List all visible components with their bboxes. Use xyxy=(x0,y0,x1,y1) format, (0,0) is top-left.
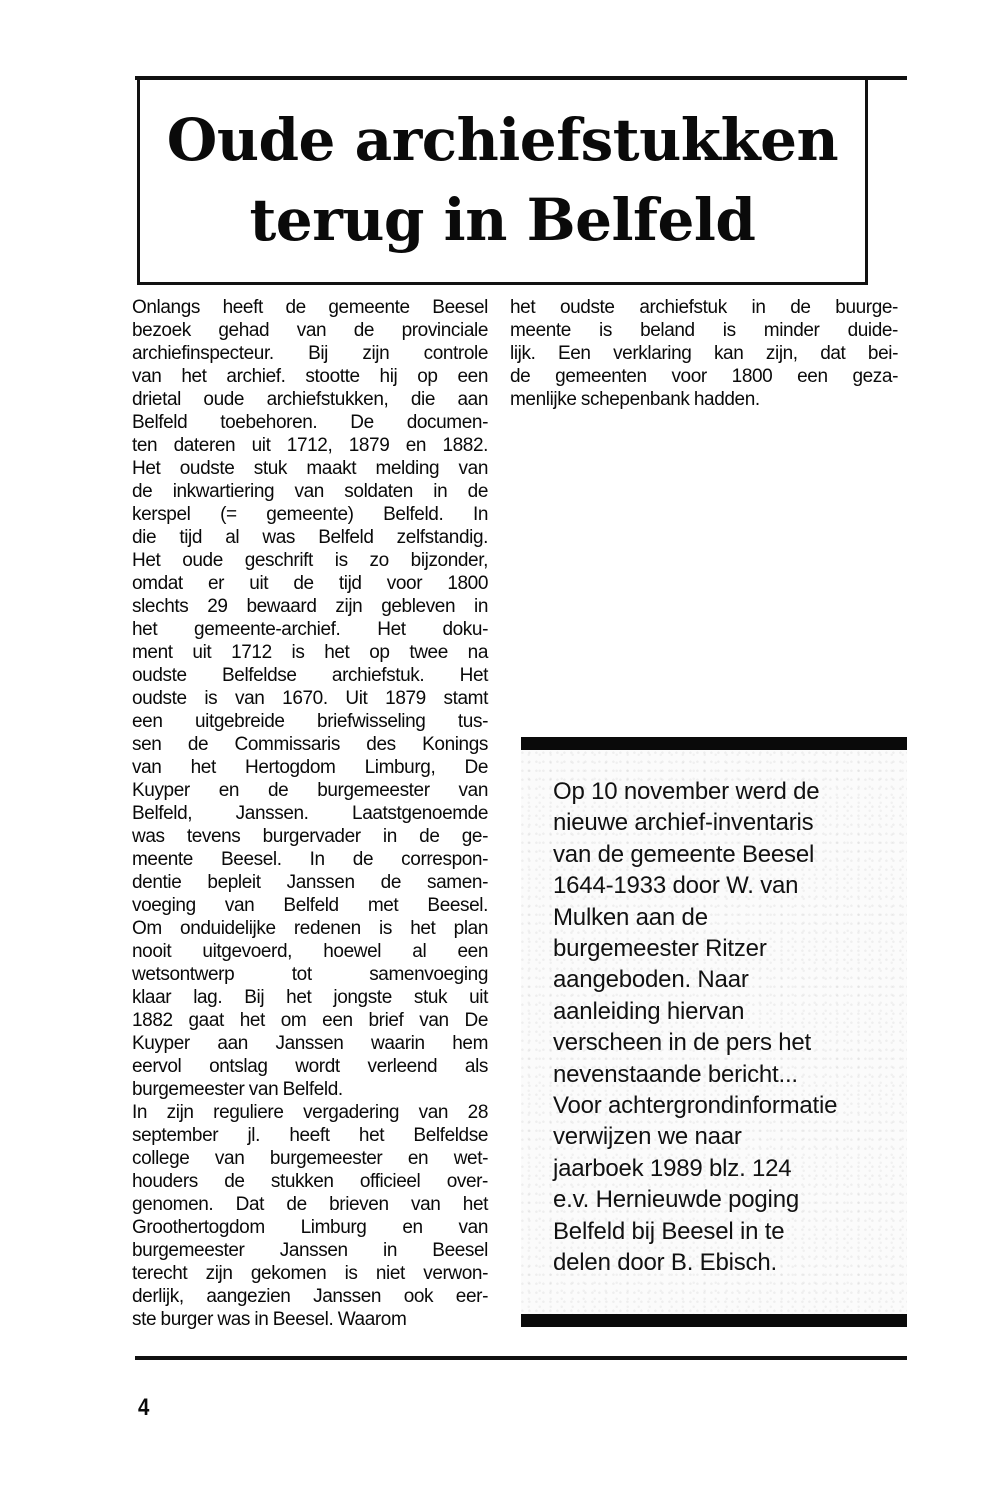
headline-line-1: Oude archiefstukken xyxy=(140,100,865,180)
text-line: van het archief. stootte hij op een xyxy=(132,365,488,388)
text-line: terecht zijn gekomen is niet verwon- xyxy=(132,1262,488,1285)
text-line: Onlangs heeft de gemeente Beesel xyxy=(132,296,488,319)
text-line: dentie bepleit Janssen de samen- xyxy=(132,871,488,894)
text-line: Voor achtergrondinformatie xyxy=(553,1090,893,1121)
text-line: bezoek gehad van de provinciale xyxy=(132,319,488,342)
text-line: ten dateren uit 1712, 1879 en 1882. xyxy=(132,434,488,457)
headline: Oude archiefstukken terug in Belfeld xyxy=(140,100,865,260)
text-line: meente Beesel. In de correspon- xyxy=(132,848,488,871)
text-line: menlijke schepenbank hadden. xyxy=(510,388,898,411)
text-line: aangeboden. Naar xyxy=(553,964,893,995)
text-line: burgemeester van Belfeld. xyxy=(132,1078,488,1101)
text-line: nooit uitgevoerd, hoewel al een xyxy=(132,940,488,963)
text-line: aanleiding hiervan xyxy=(553,996,893,1027)
text-line: Om onduidelijke redenen is het plan xyxy=(132,917,488,940)
text-line: meente is beland is minder duide- xyxy=(510,319,898,342)
text-line: eervol ontslag wordt verleend als xyxy=(132,1055,488,1078)
text-line: Mulken aan de xyxy=(553,902,893,933)
text-line: 1644-1933 door W. van xyxy=(553,870,893,901)
sidebar-bottom-bar xyxy=(521,1314,907,1327)
text-line: Belfeld, Janssen. Laatstgenoemde xyxy=(132,802,488,825)
text-line: nieuwe archief-inventaris xyxy=(553,807,893,838)
text-line: was tevens burgervader in de ge- xyxy=(132,825,488,848)
text-line: omdat er uit de tijd voor 1800 xyxy=(132,572,488,595)
article-column-right: het oudste archiefstuk in de buurge-meen… xyxy=(510,296,898,411)
text-line: genomen. Dat de brieven van het xyxy=(132,1193,488,1216)
text-line: In zijn reguliere vergadering van 28 xyxy=(132,1101,488,1124)
text-line: de gemeenten voor 1800 een geza- xyxy=(510,365,898,388)
text-line: Het oude geschrift is zo bijzonder, xyxy=(132,549,488,572)
text-line: het gemeente-archief. Het doku- xyxy=(132,618,488,641)
text-line: verwijzen we naar xyxy=(553,1121,893,1152)
text-line: ment uit 1712 is het op twee na xyxy=(132,641,488,664)
text-line: delen door B. Ebisch. xyxy=(553,1247,893,1278)
sidebar-text: Op 10 november werd denieuwe archief-inv… xyxy=(553,776,893,1279)
text-line: voeging van Belfeld met Beesel. xyxy=(132,894,488,917)
text-line: nevenstaande bericht... xyxy=(553,1059,893,1090)
text-line: drietal oude archiefstukken, die aan xyxy=(132,388,488,411)
text-line: wetsontwerp tot samenvoeging xyxy=(132,963,488,986)
text-line: oudste is van 1670. Uit 1879 stamt xyxy=(132,687,488,710)
text-line: Het oudste stuk maakt melding van xyxy=(132,457,488,480)
text-line: van het Hertogdom Limburg, De xyxy=(132,756,488,779)
text-line: Belfeld toebehoren. De documen- xyxy=(132,411,488,434)
text-line: sen de Commissaris des Konings xyxy=(132,733,488,756)
headline-box: Oude archiefstukken terug in Belfeld xyxy=(137,78,868,285)
text-line: die tijd al was Belfeld zelfstandig. xyxy=(132,526,488,549)
text-line: Kuyper en de burgemeester van xyxy=(132,779,488,802)
text-line: derlijk, aangezien Janssen ook eer- xyxy=(132,1285,488,1308)
text-line: verscheen in de pers het xyxy=(553,1027,893,1058)
text-line: burgemeester Janssen in Beesel xyxy=(132,1239,488,1262)
text-line: september jl. heeft het Belfeldse xyxy=(132,1124,488,1147)
text-line: slechts 29 bewaard zijn gebleven in xyxy=(132,595,488,618)
text-line: klaar lag. Bij het jongste stuk uit xyxy=(132,986,488,1009)
page-number: 4 xyxy=(138,1394,149,1422)
text-line: archiefinspecteur. Bij zijn controle xyxy=(132,342,488,365)
text-line: kerspel (= gemeente) Belfeld. In xyxy=(132,503,488,526)
text-line: burgemeester Ritzer xyxy=(553,933,893,964)
text-line: Op 10 november werd de xyxy=(553,776,893,807)
text-line: Groothertogdom Limburg en van xyxy=(132,1216,488,1239)
article-column-left: Onlangs heeft de gemeente Beeselbezoek g… xyxy=(132,296,488,1331)
text-line: het oudste archiefstuk in de buurge- xyxy=(510,296,898,319)
text-line: van de gemeente Beesel xyxy=(553,839,893,870)
text-line: ste burger was in Beesel. Waarom xyxy=(132,1308,488,1331)
text-line: jaarboek 1989 blz. 124 xyxy=(553,1153,893,1184)
text-line: houders de stukken officieel over- xyxy=(132,1170,488,1193)
sidebar-top-bar xyxy=(521,737,907,750)
text-line: Kuyper aan Janssen waarin hem xyxy=(132,1032,488,1055)
text-line: lijk. Een verklaring kan zijn, dat bei- xyxy=(510,342,898,365)
text-line: 1882 gaat het om een brief van De xyxy=(132,1009,488,1032)
text-line: college van burgemeester en wet- xyxy=(132,1147,488,1170)
text-line: Belfeld bij Beesel in te xyxy=(553,1216,893,1247)
text-line: oudste Belfeldse archiefstuk. Het xyxy=(132,664,488,687)
text-line: de inkwartiering van soldaten in de xyxy=(132,480,488,503)
bottom-rule xyxy=(135,1356,907,1360)
text-line: een uitgebreide briefwisseling tus- xyxy=(132,710,488,733)
text-line: e.v. Hernieuwde poging xyxy=(553,1184,893,1215)
headline-line-2: terug in Belfeld xyxy=(140,180,865,260)
